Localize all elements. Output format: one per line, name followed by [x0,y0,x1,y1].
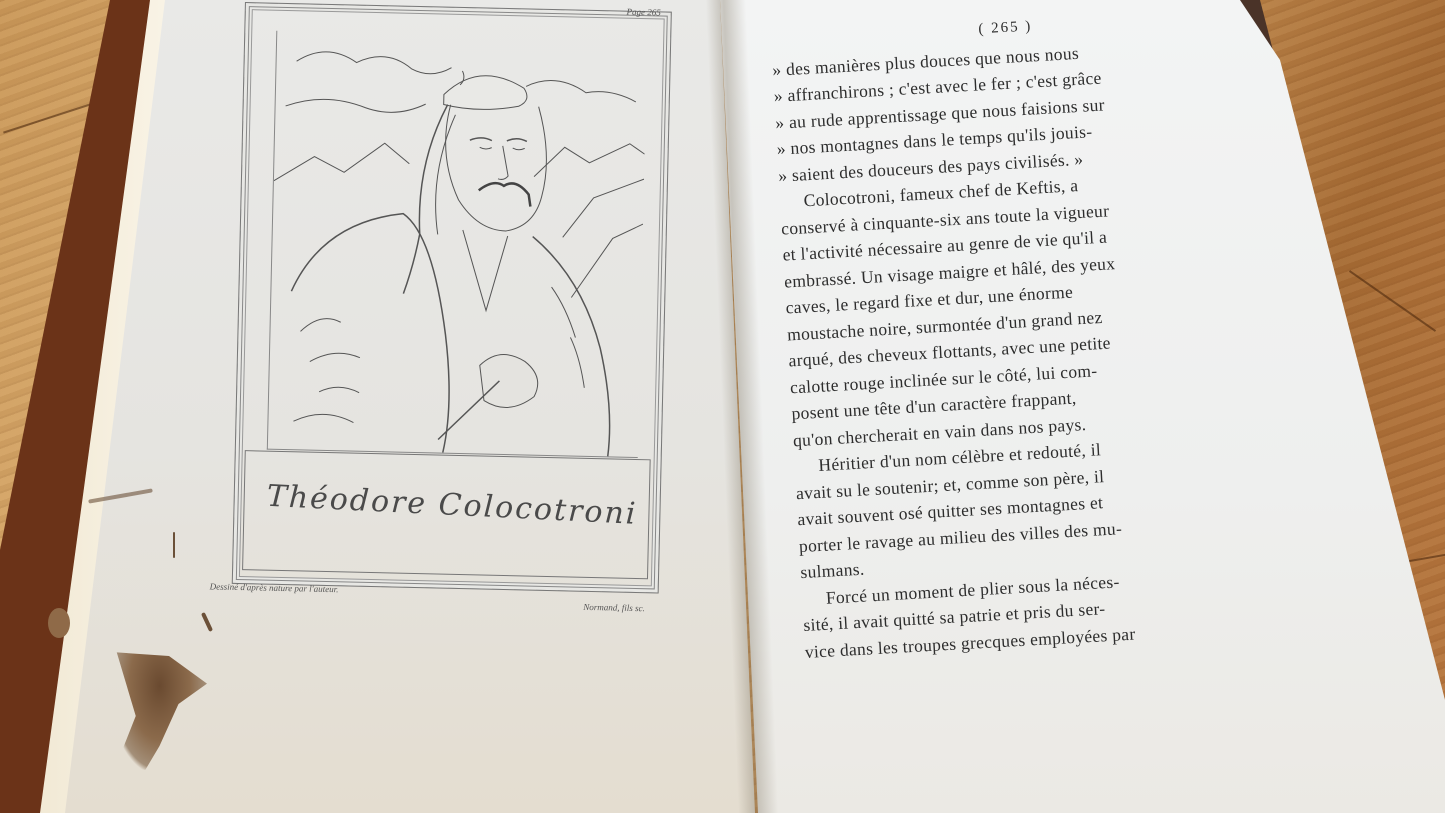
page-text: ( 265 ) » des manières plus douces que n… [770,2,1275,665]
ink-mark [173,532,175,558]
engraving-plate: Page 265 [232,0,675,600]
caption-frame: Théodore Colocotroni [242,450,651,579]
portrait-illustration [268,31,647,457]
plate-page-reference: Page 265 [626,7,660,18]
portrait-caption: Théodore Colocotroni [266,479,638,532]
portrait-engraving [267,31,647,458]
stain-spot [48,608,70,638]
engraver-credit: Normand, fils sc. [583,602,645,613]
